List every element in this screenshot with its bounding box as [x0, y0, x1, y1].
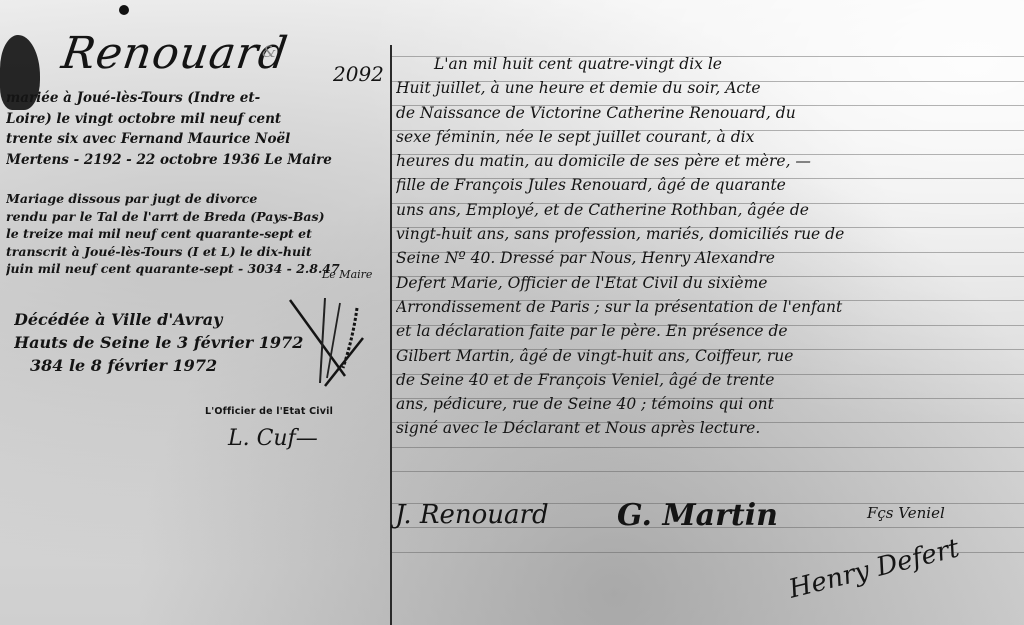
act-text: L'an mil huit cent quatre-vingt dix le H… [396, 52, 1016, 441]
ruled-line [392, 447, 1024, 448]
margin-note-death: Décédée à Ville d'Avray Hauts de Seine l… [14, 308, 398, 377]
margin-line: rendu par le Tal de l'arrt de Breda (Pay… [6, 208, 390, 226]
act-line: Huit juillet, à une heure et demie du so… [396, 76, 1016, 100]
act-line: Seine Nº 40. Dressé par Nous, Henry Alex… [396, 246, 1016, 270]
margin-line: Hauts de Seine le 3 février 1972 [14, 331, 398, 354]
margin-line: Loire) le vingt octobre mil neuf cent [6, 109, 390, 130]
act-line: Gilbert Martin, âgé de vingt-huit ans, C… [396, 344, 1016, 368]
officer-stamp: L'Officier de l'Etat Civil [205, 406, 333, 417]
act-line: Defert Marie, Officier de l'Etat Civil d… [396, 271, 1016, 295]
signatures: J. Renouard G. Martin Fçs Veniel Henry D… [395, 492, 1015, 622]
margin-line: Mertens - 2192 - 22 octobre 1936 Le Mair… [6, 150, 390, 171]
act-line: vingt-huit ans, sans profession, mariés,… [396, 222, 1016, 246]
act-line: ans, pédicure, rue de Seine 40 ; témoins… [396, 392, 1016, 416]
act-line: sexe féminin, née le sept juillet couran… [396, 125, 1016, 149]
margin-line: trente six avec Fernand Maurice Noël [6, 129, 390, 150]
margin-line: transcrit à Joué-lès-Tours (I et L) le d… [6, 243, 390, 261]
register-page: Renouard & 2092 mariée à Joué-lès-Tours … [0, 0, 1024, 625]
margin-line: mariée à Joué-lès-Tours (Indre et- [6, 88, 390, 109]
margin-line: 384 le 8 février 1972 [14, 354, 398, 377]
surname-heading: Renouard [58, 28, 291, 79]
act-line: L'an mil huit cent quatre-vingt dix le [396, 52, 1016, 76]
act-line: de Seine 40 et de François Veniel, âgé d… [396, 368, 1016, 392]
initials-mark: & [262, 42, 276, 61]
margin-line: Mariage dissous par jugt de divorce [6, 190, 390, 208]
act-line: signé avec le Déclarant et Nous après le… [396, 416, 1016, 440]
act-line: de Naissance de Victorine Catherine Reno… [396, 101, 1016, 125]
officer-signature: L. Cuf— [228, 426, 318, 451]
signature-officer: Henry Defert [786, 533, 962, 604]
margin-line: le treize mai mil neuf cent quarante-sep… [6, 225, 390, 243]
margin-note-marriage: mariée à Joué-lès-Tours (Indre et- Loire… [6, 88, 390, 170]
act-line: fille de François Jules Renouard, âgé de… [396, 173, 1016, 197]
act-line: heures du matin, au domicile de ses père… [396, 149, 1016, 173]
act-line: Arrondissement de Paris ; sur la présent… [396, 295, 1016, 319]
signature-witness-2: Fçs Veniel [867, 504, 945, 522]
margin-note-divorce: Mariage dissous par jugt de divorce rend… [6, 190, 390, 278]
mayor-paraph: Le Maire [322, 268, 372, 281]
signature-declarant: J. Renouard [395, 500, 549, 530]
entry-number: 2092 [333, 62, 384, 86]
ruled-line [392, 471, 1024, 472]
margin-line: Décédée à Ville d'Avray [14, 308, 398, 331]
act-line: et la déclaration faite par le père. En … [396, 319, 1016, 343]
act-line: uns ans, Employé, et de Catherine Rothba… [396, 198, 1016, 222]
ink-dot [119, 5, 129, 15]
signature-witness-1: G. Martin [617, 498, 778, 533]
